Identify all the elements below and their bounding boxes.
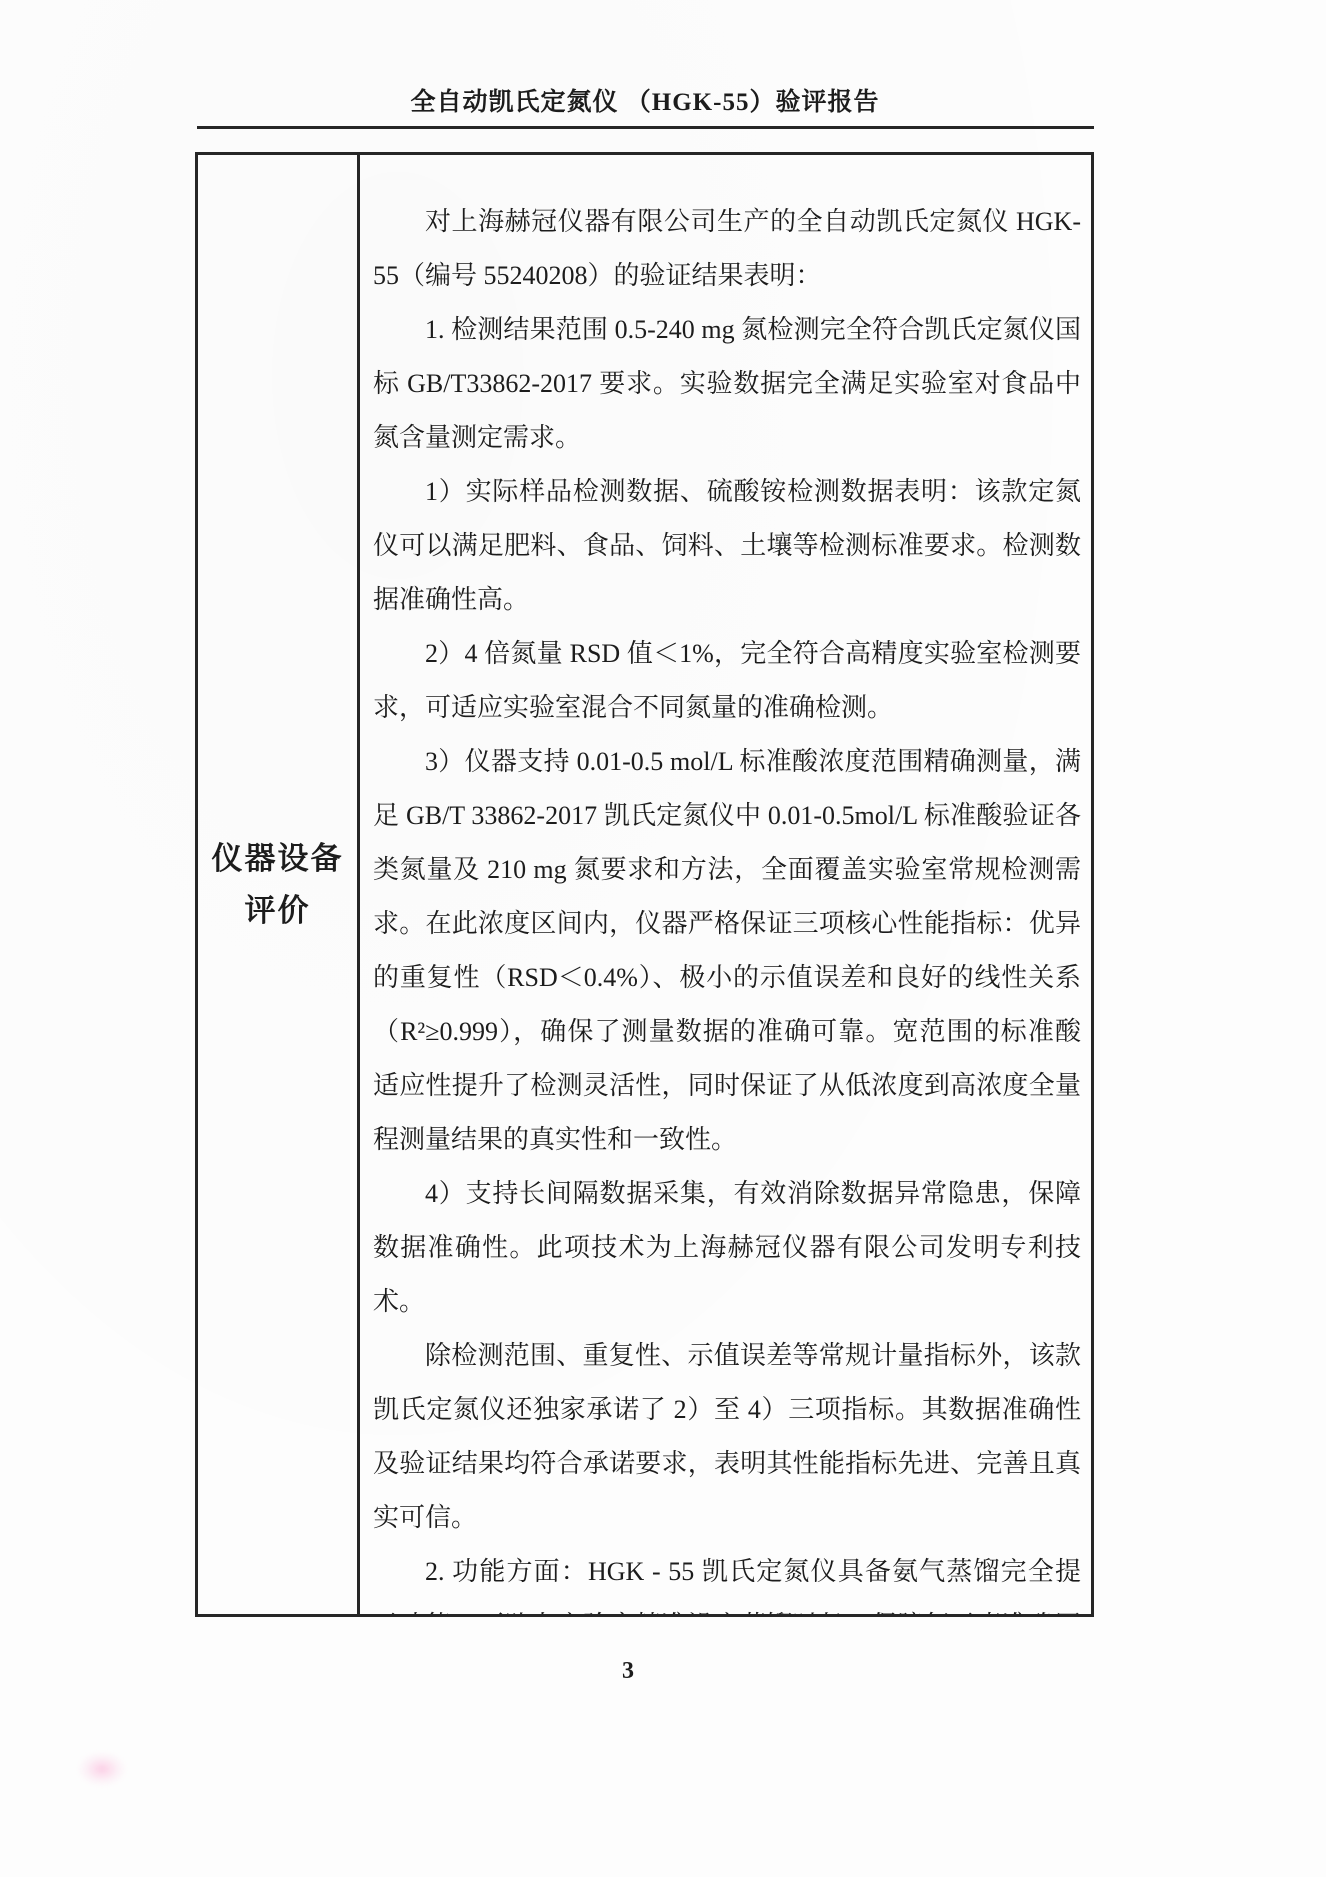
table-row-label-cell: 仪器设备 评价 <box>198 155 360 1614</box>
scanned-page: 全自动凯氏定氮仪 （HGK-55）验评报告 仪器设备 评价 对上海赫冠仪器有限公… <box>0 0 1326 1877</box>
document-header-title: 全自动凯氏定氮仪 （HGK-55）验评报告 <box>195 82 1095 118</box>
table-content-cell: 对上海赫冠仪器有限公司生产的全自动凯氏定氮仪 HGK-55（编号 5524020… <box>360 155 1091 1614</box>
paragraph-acid-range: 3）仪器支持 0.01-0.5 mol/L 标准酸浓度范围精确测量，满足 GB/… <box>373 735 1081 1167</box>
paragraph-commitment: 除检测范围、重复性、示值误差等常规计量指标外，该款凯氏定氮仪还独家承诺了 2）至… <box>373 1329 1081 1545</box>
paragraph-sample-data: 1）实际样品检测数据、硫酸铵检测数据表明：该款定氮仪可以满足肥料、食品、饲料、土… <box>373 465 1081 627</box>
page-number: 3 <box>598 1658 658 1685</box>
scan-artifact-smudge <box>78 1752 126 1786</box>
evaluation-table: 仪器设备 评价 对上海赫冠仪器有限公司生产的全自动凯氏定氮仪 HGK-55（编号… <box>195 152 1094 1617</box>
row-label-line2: 评价 <box>245 885 311 937</box>
paragraph-result-range: 1. 检测结果范围 0.5-240 mg 氮检测完全符合凯氏定氮仪国标 GB/T… <box>373 303 1081 465</box>
paragraph-long-interval: 4）支持长间隔数据采集，有效消除数据异常隐患，保障数据准确性。此项技术为上海赫冠… <box>373 1167 1081 1329</box>
paragraph-rsd: 2）4 倍氮量 RSD 值＜1%，完全符合高精度实验室检测要求，可适应实验室混合… <box>373 627 1081 735</box>
paragraph-function: 2. 功能方面：HGK - 55 凯氏定氮仪具备氨气蒸馏完全提示功能，可助力实验… <box>373 1545 1081 1614</box>
paragraph-intro: 对上海赫冠仪器有限公司生产的全自动凯氏定氮仪 HGK-55（编号 5524020… <box>373 195 1081 303</box>
row-label-line1: 仪器设备 <box>212 833 344 885</box>
header-divider-line <box>197 126 1094 129</box>
